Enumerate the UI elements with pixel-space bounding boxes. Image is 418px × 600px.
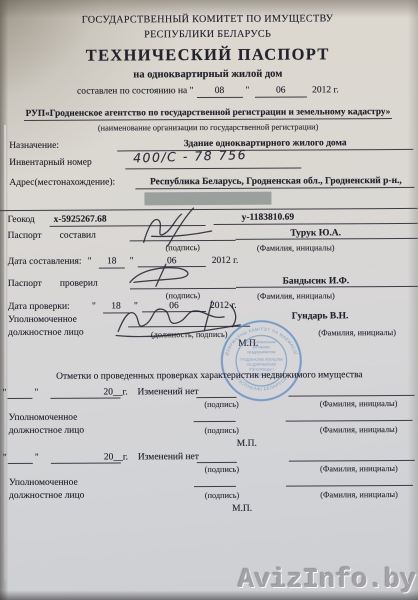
open-quote: " bbox=[190, 86, 194, 96]
check1-name-line bbox=[289, 395, 415, 397]
date-checked-quote1: " bbox=[92, 302, 96, 313]
org-name: РУП«Гродненское агентство по государстве… bbox=[24, 107, 393, 121]
committee-line1: ГОСУДАРСТВЕННЫЙ КОМИТЕТ ПО ИМУЩЕСТВУ bbox=[0, 13, 417, 27]
address-label: Адрес(местонахождение): bbox=[9, 177, 115, 188]
stamp-line4: ГРОДЗЕНСКАЕ АГЕНЦТВА bbox=[240, 358, 284, 362]
check2-official-name-line bbox=[286, 485, 413, 487]
compiled-date-line: составлен по состоянию на "08" 06 2012 г… bbox=[0, 85, 417, 99]
inventory-label: Инвентарный номер bbox=[9, 158, 92, 169]
stamp-line5: ПА ДЗЯРЖАЎНАЙ bbox=[247, 363, 277, 367]
purpose-label: Назначение: bbox=[9, 141, 59, 152]
passport-page: ГОСУДАРСТВЕННЫЙ КОМИТЕТ ПО ИМУЩЕСТВУ РЕС… bbox=[0, 0, 418, 600]
check1-official-label2: должностное лицо bbox=[9, 426, 84, 437]
date-made-day: 18 bbox=[99, 256, 125, 268]
check2-sign-caption: (подпись) bbox=[167, 465, 277, 475]
check2-official-label1: Уполномоченное bbox=[9, 478, 78, 489]
date-made-label: Дата составления: bbox=[8, 257, 82, 268]
committee-line2: РЕСПУБЛИКИ БЕЛАРУСЬ bbox=[0, 28, 417, 42]
passport-word2: Паспорт bbox=[8, 279, 42, 290]
check2-year: 20__г. bbox=[104, 452, 128, 463]
signature-checked bbox=[126, 262, 206, 290]
inventory-number-handwritten: 400/С - 78 756 bbox=[133, 148, 247, 165]
stamp-line1: Рэспубліканскае bbox=[246, 340, 276, 344]
check2-quote1: " bbox=[3, 453, 7, 464]
check1-quote1: " bbox=[2, 388, 6, 399]
compiled-day: 08 bbox=[197, 86, 243, 98]
check1-official-label1: Уполномоченное bbox=[9, 413, 78, 424]
check2-official-name-caption: (Фамилия, инициалы) bbox=[301, 490, 417, 500]
date-made-quote1: " bbox=[88, 257, 92, 268]
round-stamp: ДЗЯРЖАЎНЫ КАМІТЭТ ПА МАЁМАСЦІ РЭСПУБЛІКІ… bbox=[219, 319, 303, 403]
check2-name-line bbox=[289, 460, 415, 462]
check2-official-sign-caption: (подпись) bbox=[167, 491, 277, 501]
check1-official-sign-line bbox=[194, 421, 236, 422]
date-checked-label: Дата проверки: bbox=[8, 302, 70, 313]
geocode-y-underline bbox=[214, 223, 418, 225]
check2-no-changes: Изменений нет bbox=[138, 452, 199, 463]
check1-day-line bbox=[8, 398, 33, 399]
inventory-underline bbox=[125, 168, 301, 170]
check1-sign-caption: (подпись) bbox=[167, 400, 277, 410]
check2-mp: М.П. bbox=[232, 504, 252, 515]
address-underline bbox=[135, 187, 414, 189]
check2-sign-line bbox=[197, 462, 237, 463]
official-label1: Уполномоченное bbox=[8, 315, 77, 326]
made-name-underline bbox=[236, 238, 418, 240]
check1-year: 20__г. bbox=[103, 387, 127, 398]
org-name-row: РУП«Гродненское агентство по государстве… bbox=[0, 107, 417, 122]
date-made-year: 2012 г. bbox=[212, 256, 239, 267]
close-quote: " bbox=[246, 86, 250, 96]
checked-word: проверил bbox=[60, 279, 98, 290]
document-photo: ГОСУДАРСТВЕННЫЙ КОМИТЕТ ПО ИМУЩЕСТВУ РЕС… bbox=[0, 0, 418, 600]
geocode-y: у-1183810.69 bbox=[242, 213, 295, 224]
checked-name-underline bbox=[236, 286, 418, 288]
geocode-label: Геокод bbox=[8, 215, 35, 226]
org-caption: (наименование организации по государстве… bbox=[0, 122, 417, 133]
check1-quote2: " bbox=[34, 388, 38, 399]
check2-day-line bbox=[8, 463, 33, 464]
check2-name-caption: (Фамилия, инициалы) bbox=[301, 464, 417, 474]
check1-mp: М.П. bbox=[237, 439, 257, 450]
compiled-year: 2012 г. bbox=[312, 85, 339, 95]
page-subtitle: на одноквартирный жилой дом bbox=[0, 68, 417, 82]
signature-made bbox=[138, 206, 238, 249]
check2-official-label2: должностное лицо bbox=[9, 491, 84, 502]
check1-sign-line bbox=[197, 397, 237, 398]
check1-name-caption: (Фамилия, инициалы) bbox=[301, 399, 417, 409]
official-label2: должностное лицо bbox=[8, 328, 83, 339]
passport-word: Паспорт bbox=[8, 231, 42, 242]
check1-official-sign-caption: (подпись) bbox=[167, 426, 277, 436]
check1-no-changes: Изменений нет bbox=[137, 387, 198, 398]
geocode-x: х-5925267.68 bbox=[54, 215, 107, 226]
check2-quote2: " bbox=[35, 453, 39, 464]
check2-official-sign-line bbox=[194, 486, 236, 487]
made-word: составил bbox=[60, 231, 96, 242]
page-title: ТЕХНИЧЕСКИЙ ПАСПОРТ bbox=[0, 45, 417, 66]
compiled-prefix: составлен по состоянию на bbox=[77, 86, 187, 97]
watermark: AvizInfo.by bbox=[238, 566, 416, 596]
stamp-line2: унітарнае bbox=[253, 345, 270, 349]
checks-title: Отметки о проведенных проверках характер… bbox=[0, 370, 418, 383]
made-name-caption: (Фамилия, инициалы) bbox=[221, 243, 371, 253]
official-name-caption: (Фамилия, инициалы) bbox=[296, 328, 418, 338]
stamp-line3: прадпрыемства bbox=[247, 350, 276, 354]
check1-official-name-line bbox=[286, 420, 413, 422]
compiled-month: 06 bbox=[255, 85, 307, 97]
redaction-box bbox=[144, 192, 271, 206]
check1-official-name-caption: (Фамилия, инициалы) bbox=[301, 425, 417, 435]
